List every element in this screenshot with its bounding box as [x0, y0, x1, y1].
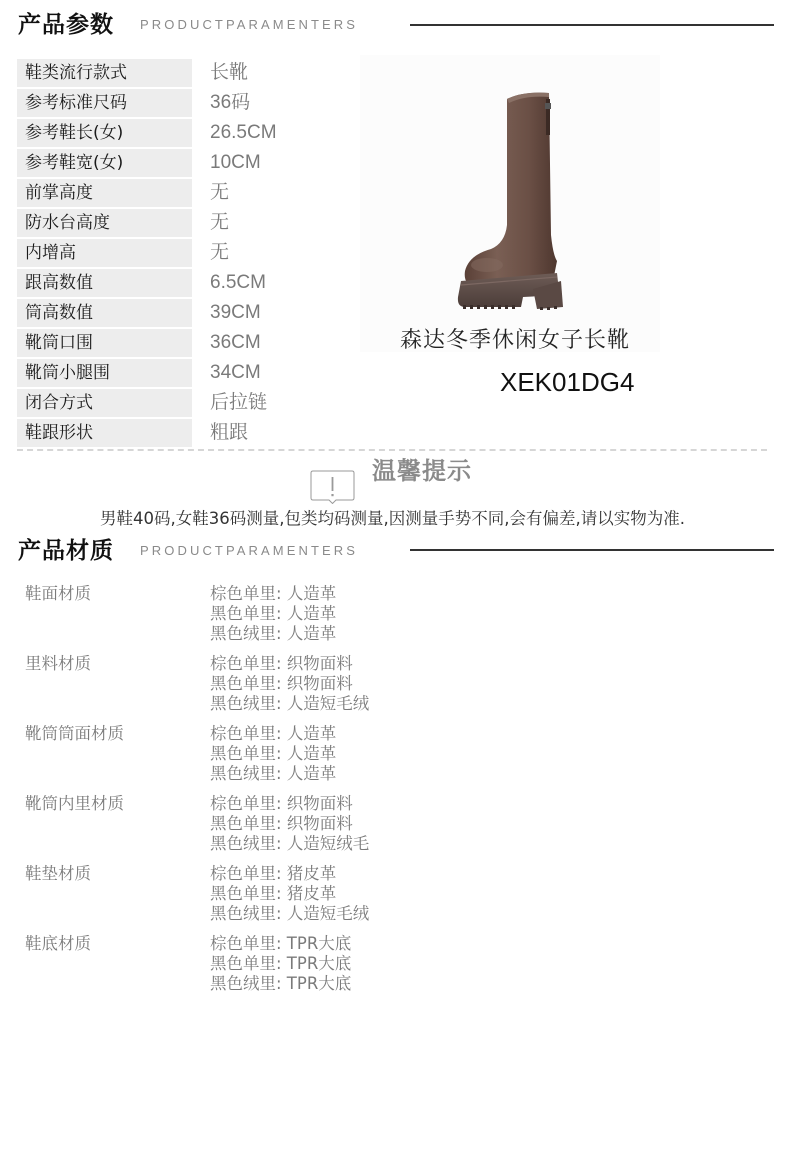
material-value: 黑色单里: 织物面料	[210, 814, 369, 834]
param-value: 10CM	[210, 149, 261, 177]
param-key: 防水台高度	[17, 209, 192, 237]
material-value: 棕色单里: TPR大底	[210, 934, 351, 954]
material-value: 棕色单里: 织物面料	[210, 794, 369, 814]
material-value: 黑色单里: 人造革	[210, 744, 336, 764]
param-value: 无	[210, 179, 229, 207]
param-value: 36CM	[210, 329, 261, 357]
material-group: 靴筒内里材质 棕色单里: 织物面料 黑色单里: 织物面料 黑色绒里: 人造短绒毛	[25, 794, 625, 864]
param-row: 鞋类流行款式长靴	[17, 59, 347, 89]
material-value: 棕色单里: 织物面料	[210, 654, 369, 674]
param-value: 后拉链	[210, 389, 267, 417]
param-row: 鞋跟形状粗跟	[17, 419, 347, 449]
param-row: 靴筒口围36CM	[17, 329, 347, 359]
product-image-panel	[360, 55, 660, 352]
param-value: 36码	[210, 89, 250, 117]
params-section-header: 产品参数 PRODUCTPARAMENTERS	[0, 10, 790, 50]
material-key: 靴筒内里材质	[25, 794, 124, 814]
materials-section-header: 产品材质 PRODUCTPARAMENTERS	[0, 536, 790, 576]
param-value: 粗跟	[210, 419, 248, 447]
param-row: 参考标准尺码36码	[17, 89, 347, 119]
param-value: 34CM	[210, 359, 261, 387]
product-code: XEK01DG4	[500, 367, 634, 397]
param-row: 靴筒小腿围34CM	[17, 359, 347, 389]
param-row: 跟高数值6.5CM	[17, 269, 347, 299]
materials-section-subtitle: PRODUCTPARAMENTERS	[140, 536, 358, 566]
material-value: 黑色绒里: 人造革	[210, 764, 336, 784]
section-divider-line	[410, 549, 774, 551]
param-key: 跟高数值	[17, 269, 192, 297]
material-group: 鞋垫材质 棕色单里: 猪皮革 黑色单里: 猪皮革 黑色绒里: 人造短毛绒	[25, 864, 625, 934]
material-key: 里料材质	[25, 654, 91, 674]
notice-text: 男鞋40码,女鞋36码测量,包类均码测量,因测量手势不同,会有偏差,请以实物为准…	[100, 507, 685, 531]
param-key: 参考鞋长(女)	[17, 119, 192, 147]
material-key: 鞋底材质	[25, 934, 91, 954]
material-key: 鞋面材质	[25, 584, 91, 604]
material-value: 棕色单里: 猪皮革	[210, 864, 369, 884]
param-key: 参考标准尺码	[17, 89, 192, 117]
material-value: 棕色单里: 人造革	[210, 584, 336, 604]
param-key: 内增高	[17, 239, 192, 267]
dashed-divider	[17, 449, 767, 451]
material-value: 黑色单里: 猪皮革	[210, 884, 369, 904]
param-row: 参考鞋宽(女)10CM	[17, 149, 347, 179]
boot-image-icon	[445, 85, 565, 315]
param-key: 靴筒小腿围	[17, 359, 192, 387]
materials-list: 鞋面材质 棕色单里: 人造革 黑色单里: 人造革 黑色绒里: 人造革 里料材质 …	[25, 584, 625, 1004]
product-name: 森达冬季休闲女子长靴	[400, 326, 630, 356]
material-value: 黑色绒里: 人造革	[210, 624, 336, 644]
param-row: 参考鞋长(女)26.5CM	[17, 119, 347, 149]
material-value: 黑色单里: 人造革	[210, 604, 336, 624]
param-value: 39CM	[210, 299, 261, 327]
param-row: 筒高数值39CM	[17, 299, 347, 329]
param-key: 闭合方式	[17, 389, 192, 417]
material-key: 鞋垫材质	[25, 864, 91, 884]
material-value: 黑色单里: TPR大底	[210, 954, 351, 974]
param-value: 长靴	[210, 59, 248, 87]
material-value: 黑色绒里: TPR大底	[210, 974, 351, 994]
material-group: 靴筒筒面材质 棕色单里: 人造革 黑色单里: 人造革 黑色绒里: 人造革	[25, 724, 625, 794]
param-key: 筒高数值	[17, 299, 192, 327]
material-value: 黑色绒里: 人造短毛绒	[210, 904, 369, 924]
section-divider-line	[410, 24, 774, 26]
param-key: 前掌高度	[17, 179, 192, 207]
material-key: 靴筒筒面材质	[25, 724, 124, 744]
material-group: 鞋面材质 棕色单里: 人造革 黑色单里: 人造革 黑色绒里: 人造革	[25, 584, 625, 654]
param-key: 参考鞋宽(女)	[17, 149, 192, 177]
material-group: 鞋底材质 棕色单里: TPR大底 黑色单里: TPR大底 黑色绒里: TPR大底	[25, 934, 625, 1004]
param-key: 鞋跟形状	[17, 419, 192, 447]
material-value: 黑色绒里: 人造短绒毛	[210, 834, 369, 854]
param-value: 无	[210, 209, 229, 237]
material-group: 里料材质 棕色单里: 织物面料 黑色单里: 织物面料 黑色绒里: 人造短毛绒	[25, 654, 625, 724]
material-value: 棕色单里: 人造革	[210, 724, 336, 744]
material-value: 黑色单里: 织物面料	[210, 674, 369, 694]
param-key: 鞋类流行款式	[17, 59, 192, 87]
param-value: 6.5CM	[210, 269, 266, 297]
param-key: 靴筒口围	[17, 329, 192, 357]
materials-section-title: 产品材质	[18, 536, 114, 566]
params-section-subtitle: PRODUCTPARAMENTERS	[140, 10, 358, 40]
param-value: 无	[210, 239, 229, 267]
param-row: 前掌高度无	[17, 179, 347, 209]
param-row: 防水台高度无	[17, 209, 347, 239]
params-table: 鞋类流行款式长靴 参考标准尺码36码 参考鞋长(女)26.5CM 参考鞋宽(女)…	[17, 59, 347, 449]
param-row: 闭合方式后拉链	[17, 389, 347, 419]
notice-title: 温馨提示	[372, 454, 472, 488]
params-section-title: 产品参数	[18, 10, 114, 40]
material-value: 黑色绒里: 人造短毛绒	[210, 694, 369, 714]
param-value: 26.5CM	[210, 119, 277, 147]
exclamation-speech-bubble-icon	[310, 470, 355, 504]
param-row: 内增高无	[17, 239, 347, 269]
